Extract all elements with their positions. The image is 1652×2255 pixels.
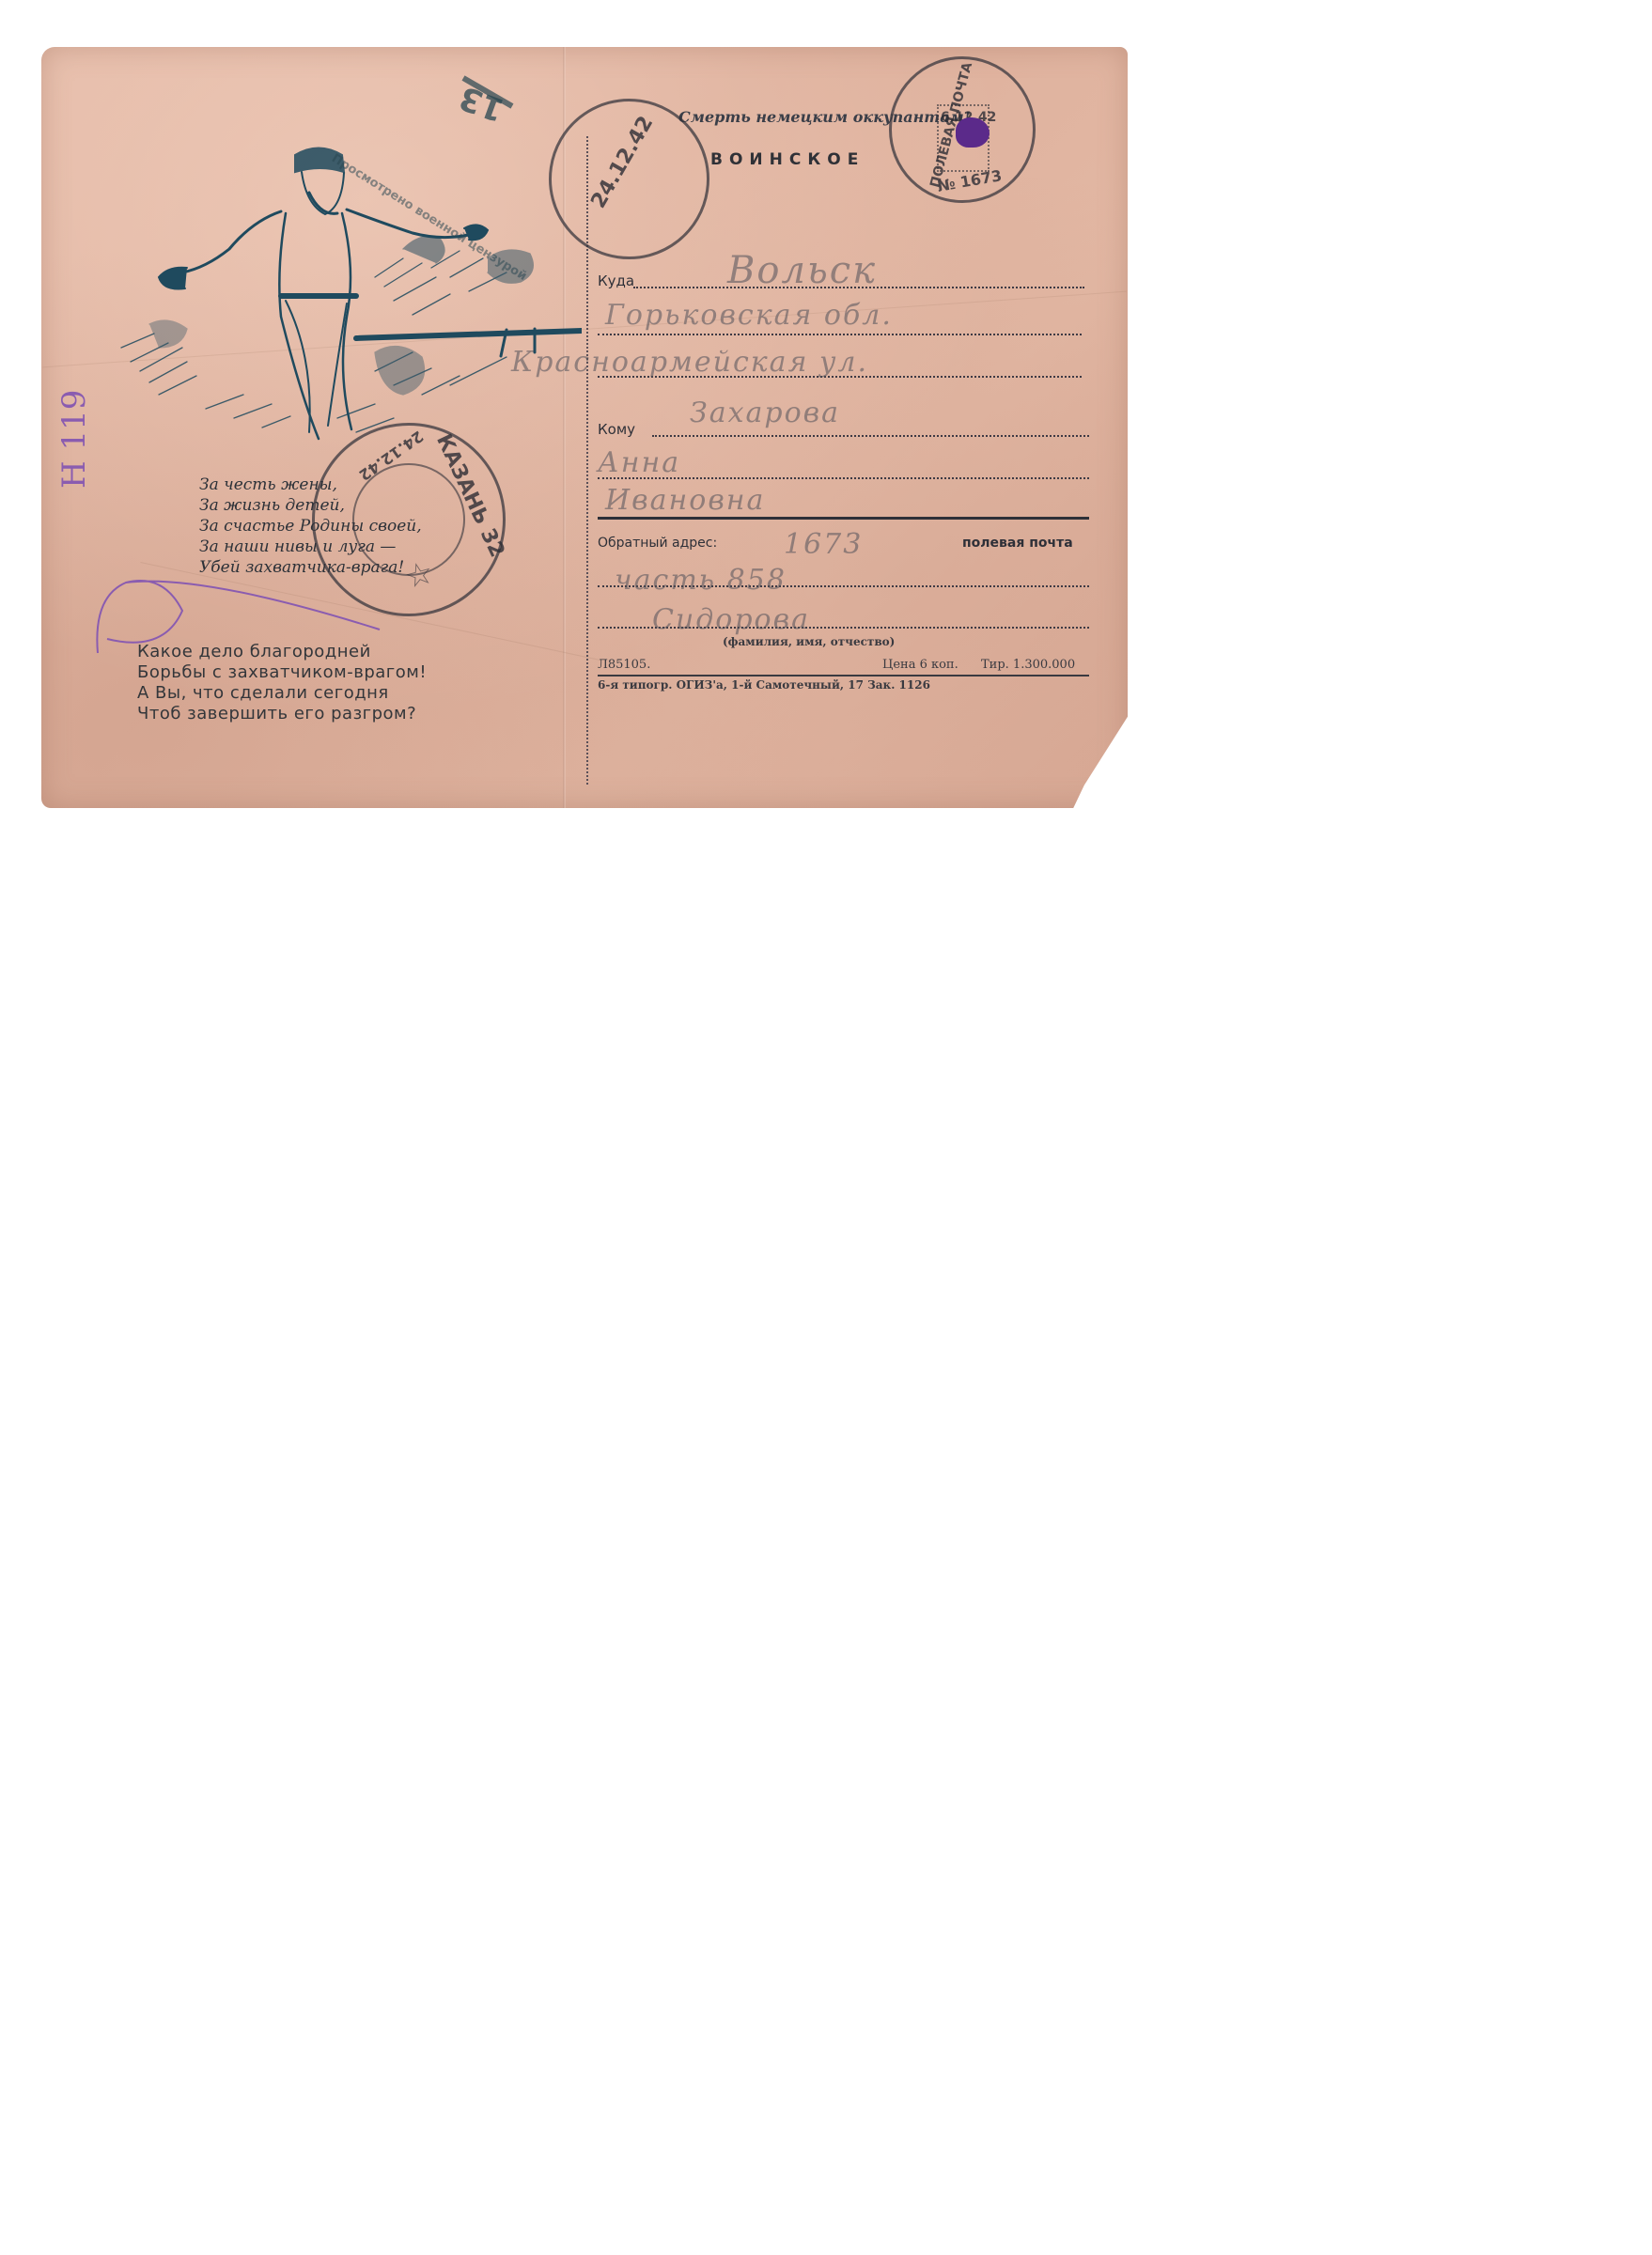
verse-line: Борьбы с захватчиком-врагом! (137, 662, 427, 683)
circulation: Тир. 1.300.000 (981, 658, 1075, 672)
field-post-postmark: ПОЛЕВАЯ ПОЧТА № 1673 6.12.42 (889, 56, 1036, 203)
to-whom-line (652, 435, 1089, 437)
handwritten-to-whom: Анна (598, 446, 680, 479)
partisan-drawing (93, 136, 582, 446)
violet-ink-blot (956, 117, 990, 148)
slogan-verse: Какое дело благородней Борьбы с захватчи… (137, 642, 427, 724)
address-side: Смерть немецким оккупантам! ВОИНСКОЕ 24.… (577, 47, 1122, 808)
propaganda-illustration (93, 136, 582, 446)
handwritten-to-whom: Захарова (690, 397, 840, 429)
print-divider (598, 675, 1089, 676)
to-whom-label: Кому (598, 421, 635, 438)
verse-line: А Вы, что сделали сегодня (137, 683, 427, 704)
military-postcard: 13 Просмотрено военной цензурой Н 119 За… (41, 47, 1128, 808)
handwritten-return: часть 858 (615, 564, 787, 597)
verse-line: Чтоб завершить его разгром? (137, 704, 427, 724)
handwritten-to-whom: Ивановна (605, 484, 765, 517)
print-code: Л85105. (598, 658, 650, 672)
printer-info: 6-я типогр. ОГИЗ'а, 1-й Самотечный, 17 З… (598, 678, 930, 692)
to-where-label: Куда (598, 272, 634, 289)
handwritten-return: Сидорова (652, 603, 810, 636)
separator-line (598, 517, 1089, 520)
handwritten-return: 1673 (784, 528, 863, 561)
address-line (598, 334, 1082, 335)
handwritten-to-where: Вольск (727, 249, 877, 292)
verse-line: Какое дело благородней (137, 642, 427, 662)
return-address-label: Обратный адрес: (598, 536, 717, 551)
name-hint: (фамилия, имя, отчество) (723, 635, 895, 648)
handwritten-to-where: Красноармейская ул. (511, 346, 868, 379)
violet-handwritten-note: Н 119 (55, 390, 93, 489)
price: Цена 6 коп. (882, 658, 958, 672)
handwritten-to-where: Горьковская обл. (605, 299, 893, 332)
field-post-label: полевая почта (962, 536, 1073, 551)
card-type-title: ВОИНСКОЕ (710, 150, 865, 169)
